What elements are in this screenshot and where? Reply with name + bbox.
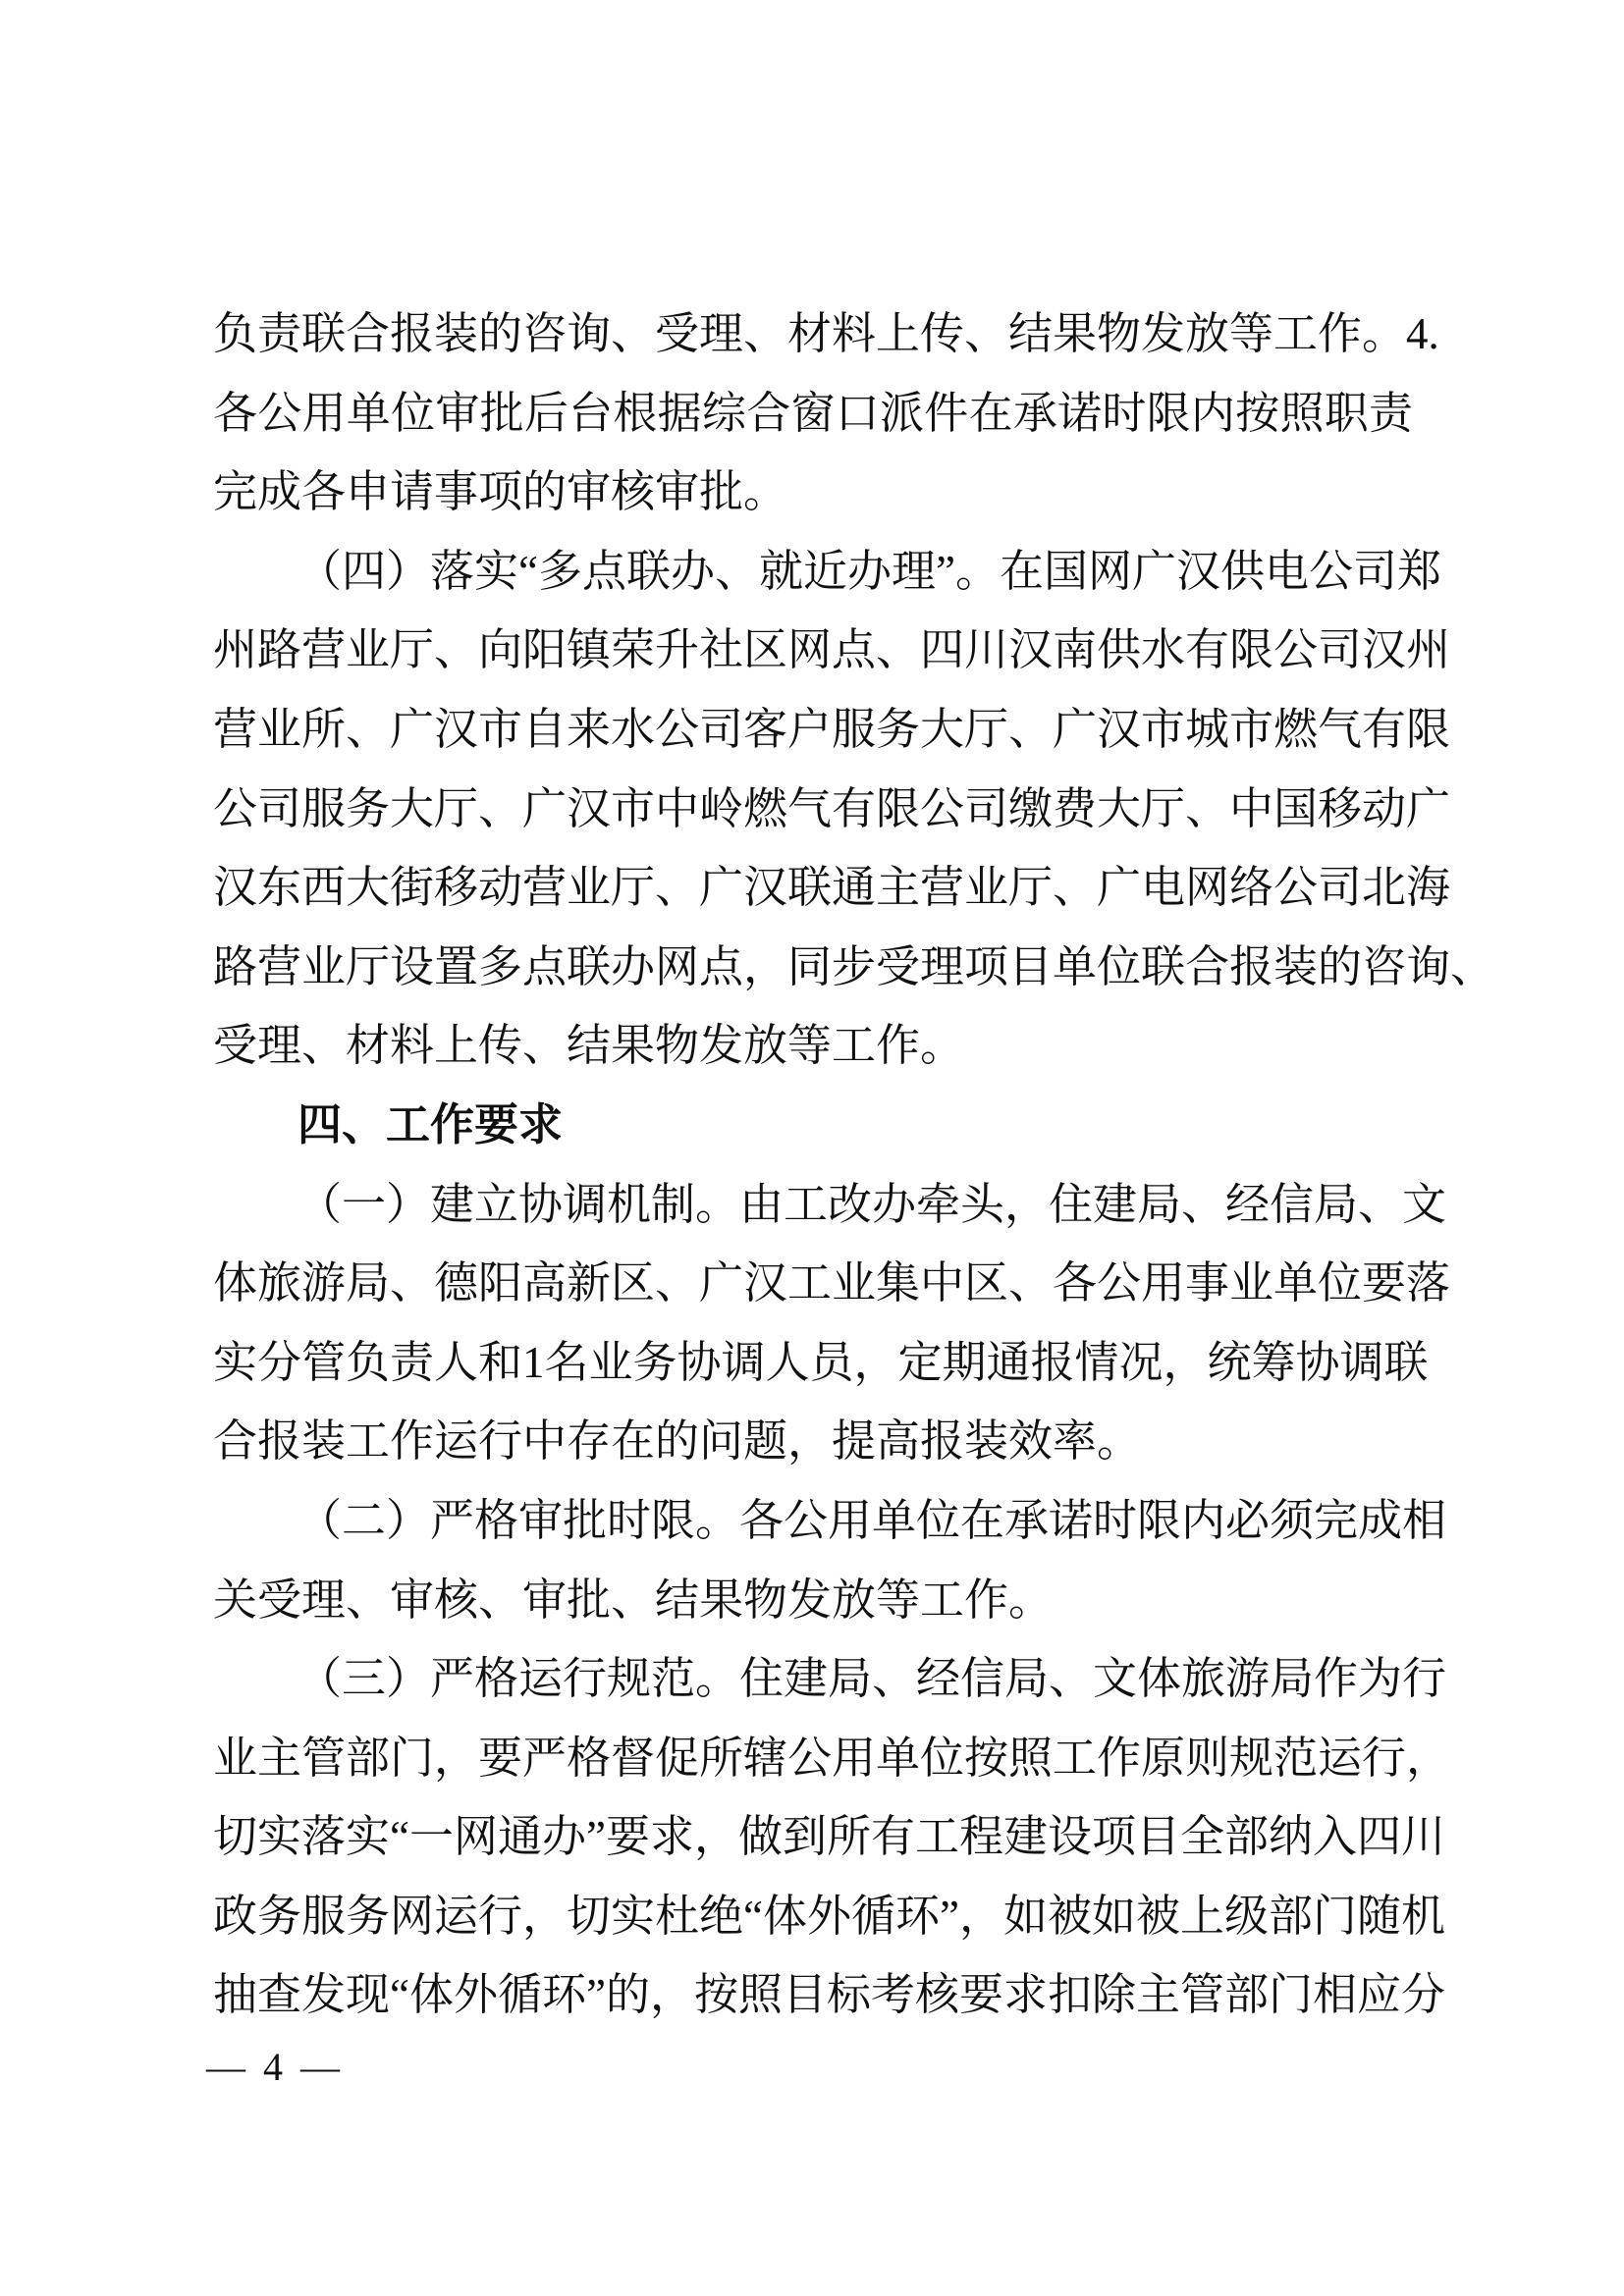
text-line: 抽查发现“体外循环”的，按照目标考核要求扣除主管部门相应分 [213, 1955, 1413, 2035]
text-line: 切实落实“一网通办”要求，做到所有工程建设项目全部纳入四川 [213, 1797, 1413, 1877]
text-line: 关受理、审核、审批、结果物发放等工作。 [213, 1561, 1413, 1640]
text-line: 州路营业厅、向阳镇荣升社区网点、四川汉南供水有限公司汉州 [213, 611, 1413, 690]
text-line: 体旅游局、德阳高新区、广汉工业集中区、各公用事业单位要落 [213, 1244, 1413, 1323]
text-line: 路营业厅设置多点联办网点，同步受理项目单位联合报装的咨询、 [213, 928, 1413, 1007]
text-line: 汉东西大街移动营业厅、广汉联通主营业厅、广电网络公司北海 [213, 848, 1413, 928]
page-number: — 4 — [206, 2044, 344, 2091]
section-heading: 四、工作要求 [213, 1086, 1413, 1165]
text-line: （三）严格运行规范。住建局、经信局、文体旅游局作为行 [213, 1639, 1413, 1719]
text-line: （四）落实“多点联办、就近办理”。在国网广汉供电公司郑 [213, 532, 1413, 612]
text-line: 受理、材料上传、结果物发放等工作。 [213, 1006, 1413, 1086]
text-line: 合报装工作运行中存在的问题，提高报装效率。 [213, 1402, 1413, 1481]
text-line: 负责联合报装的咨询、受理、材料上传、结果物发放等工作。4. [213, 294, 1413, 374]
document-page: 负责联合报装的咨询、受理、材料上传、结果物发放等工作。4. 各公用单位审批后台根… [213, 294, 1413, 2035]
text-line: 政务服务网运行，切实杜绝“体外循环”，如被如被上级部门随机 [213, 1877, 1413, 1956]
text-line: 各公用单位审批后台根据综合窗口派件在承诺时限内按照职责 [213, 374, 1413, 454]
text-line: （一）建立协调机制。由工改办牵头，住建局、经信局、文 [213, 1165, 1413, 1245]
text-line: （二）严格审批时限。各公用单位在承诺时限内必须完成相 [213, 1481, 1413, 1561]
text-line: 实分管负责人和1名业务协调人员，定期通报情况，统筹协调联 [213, 1323, 1413, 1403]
text-line: 营业所、广汉市自来水公司客户服务大厅、广汉市城市燃气有限 [213, 690, 1413, 770]
text-line: 公司服务大厅、广汉市中岭燃气有限公司缴费大厅、中国移动广 [213, 770, 1413, 849]
text-line: 业主管部门，要严格督促所辖公用单位按照工作原则规范运行， [213, 1719, 1413, 1798]
text-line: 完成各申请事项的审核审批。 [213, 453, 1413, 532]
